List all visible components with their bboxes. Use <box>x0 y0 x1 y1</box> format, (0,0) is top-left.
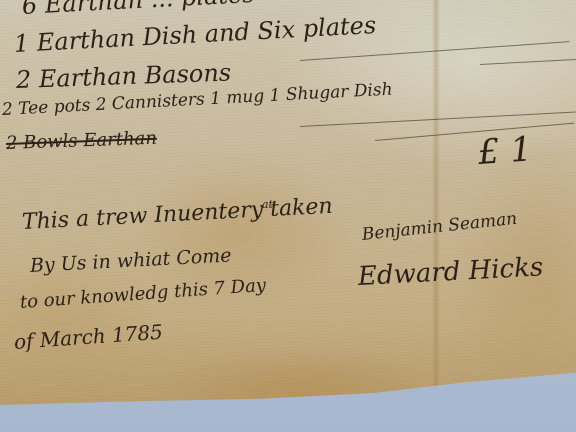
certification-line-3: to our knowledg this 7 Day <box>19 275 266 313</box>
inventory-line-struck: 2 Bowls Earthan <box>6 128 158 154</box>
paper-fold-crease <box>432 0 440 405</box>
certification-line-1: This a trew Inuentery taken <box>21 194 333 235</box>
certification-line-4: of March 1785 <box>13 320 163 354</box>
signature-edward-hicks: Edward Hicks <box>357 252 544 292</box>
inventory-line-1: 6 Earthan ... plates <box>21 0 255 20</box>
document-paper: 6 Earthan ... plates 1 Earthan Dish and … <box>0 0 576 405</box>
dash-rule-2 <box>480 59 576 65</box>
pound-total: £ 1 <box>477 129 534 173</box>
inventory-line-2: 1 Earthan Dish and Six plates <box>13 11 377 58</box>
total-rule <box>375 123 574 141</box>
certification-line-2: By Us in whiat Come <box>29 244 232 277</box>
